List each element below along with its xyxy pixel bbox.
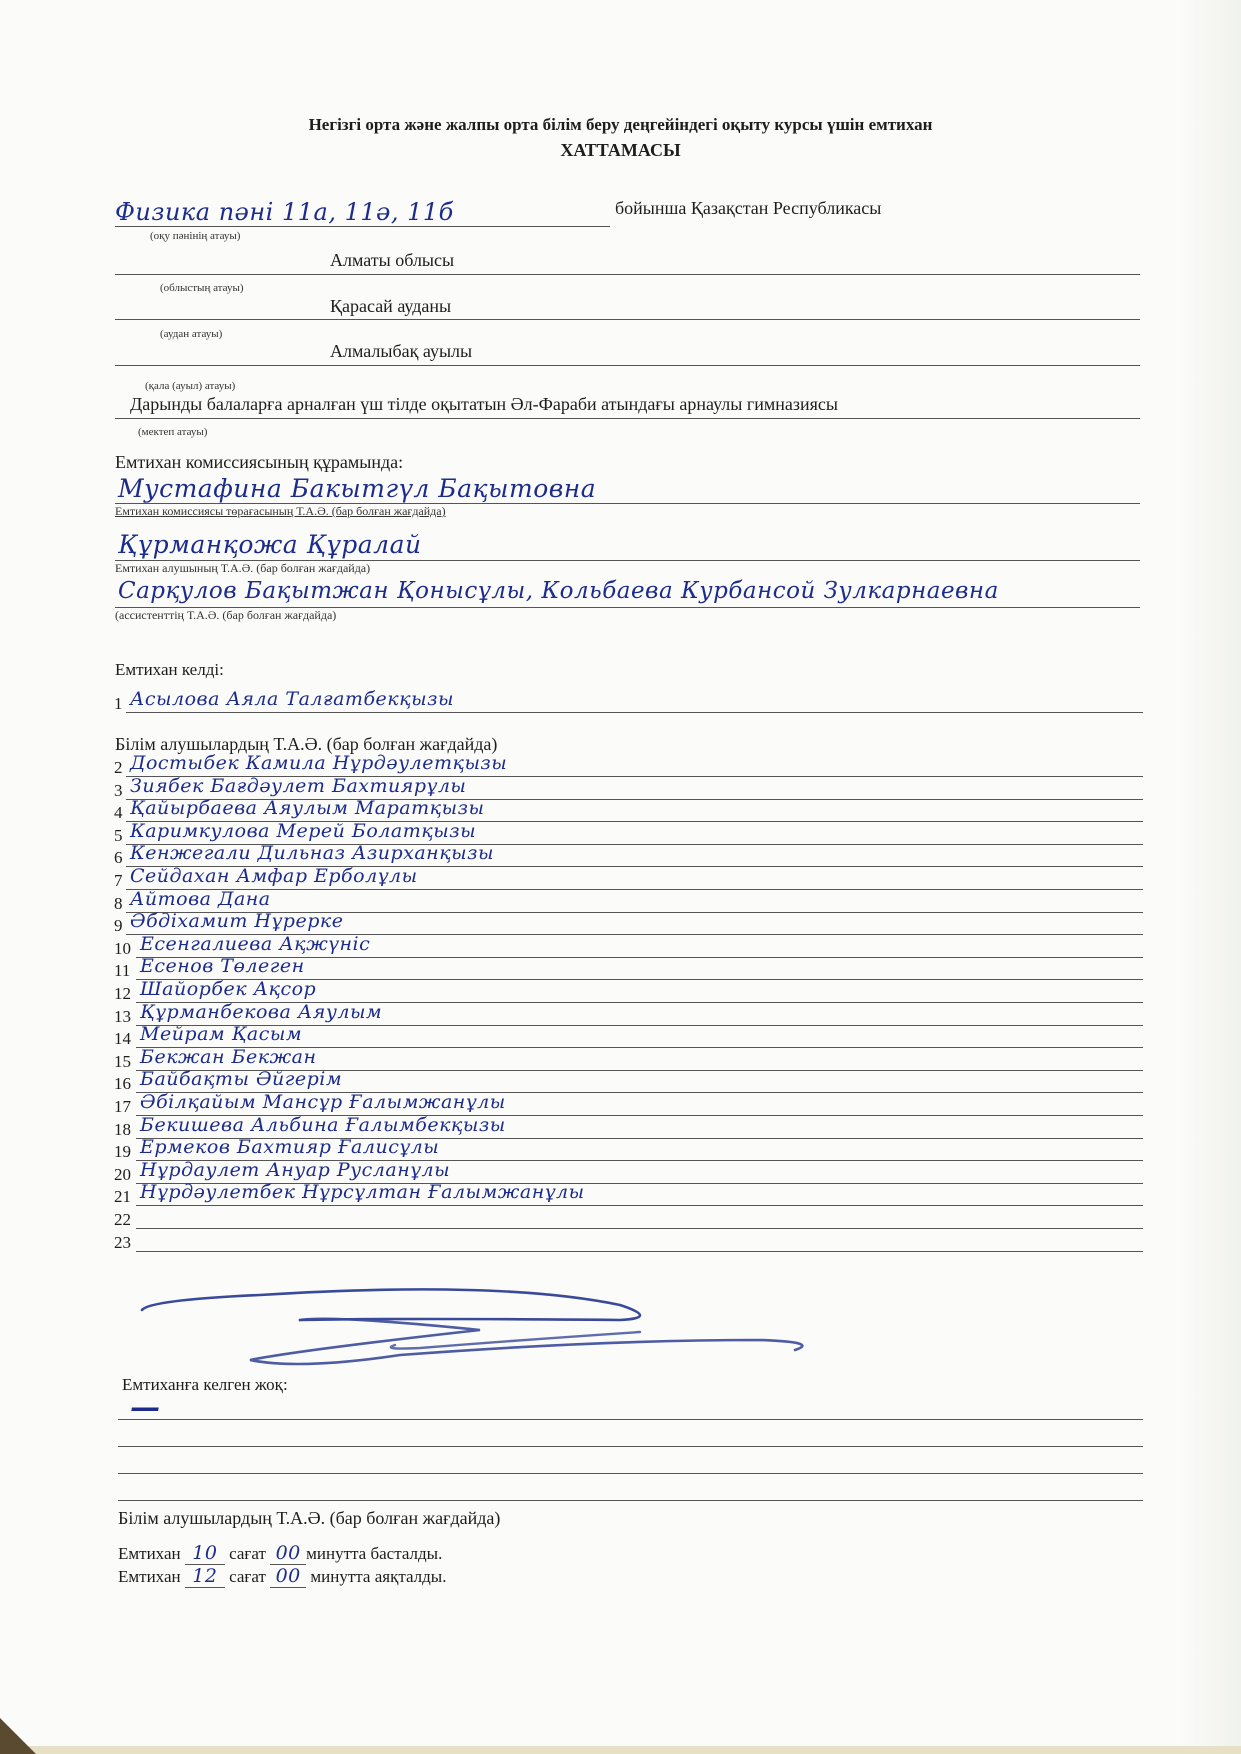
absent-line-1 <box>118 1419 1143 1420</box>
start-prefix: Емтихан <box>118 1544 181 1563</box>
start-hour-label: сағат <box>229 1544 266 1563</box>
end-prefix: Емтихан <box>118 1567 181 1586</box>
end-hour: 12 <box>185 1565 225 1588</box>
end-minute: 00 <box>270 1565 306 1588</box>
absent-caption: Білім алушылардың Т.А.Ә. (бар болған жағ… <box>118 1508 500 1529</box>
absent-line-3 <box>118 1473 1143 1474</box>
end-suffix: минутта аяқталды. <box>310 1567 446 1586</box>
exam-end-line: Емтихан 12 сағат 00 минутта аяқталды. <box>118 1565 446 1588</box>
start-suffix: минутта басталды. <box>306 1544 442 1563</box>
start-minute: 00 <box>270 1542 306 1565</box>
absent-line-2 <box>118 1446 1143 1447</box>
folded-corner <box>0 1718 36 1754</box>
paper-bottom-edge <box>0 1746 1241 1754</box>
blank-rows-z-mark <box>0 0 1241 1754</box>
start-hour: 10 <box>185 1542 225 1565</box>
end-hour-label: сағат <box>229 1567 266 1586</box>
exam-start-line: Емтихан 10 сағат 00минутта басталды. <box>118 1542 442 1565</box>
absent-line-4 <box>118 1500 1143 1501</box>
